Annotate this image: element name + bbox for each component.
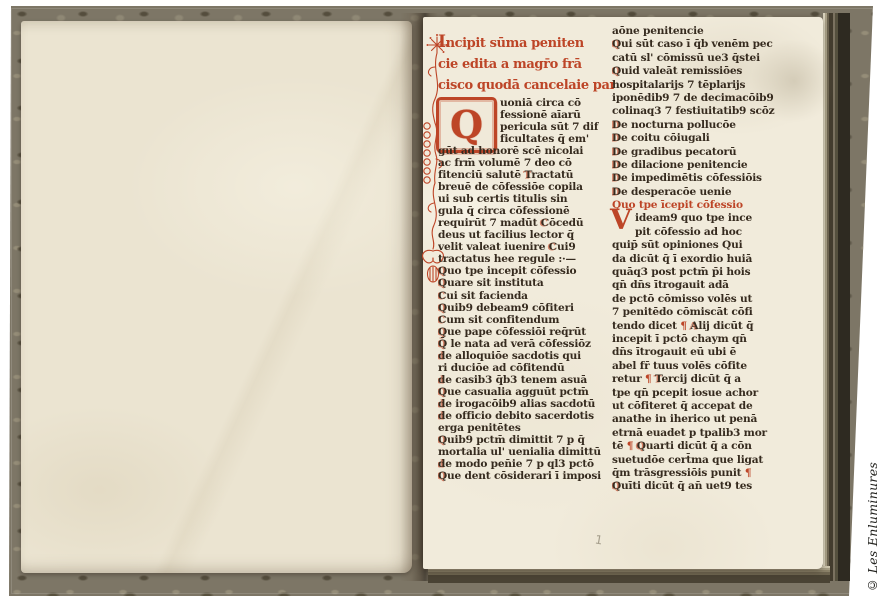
text-segment: velit valeat iuenire	[438, 241, 549, 253]
text-segment: C	[438, 314, 446, 326]
text-segment: le nata ad verā cōfessiōz	[447, 338, 591, 350]
text-segment: uib9 debeam9 cōfiteri	[447, 302, 574, 314]
text-segment: e modo pen̄ie 7 p ql3 pctō	[445, 458, 594, 470]
text-line: Q̄ le nata ad verā cōfessiōz	[438, 338, 614, 350]
text-segment: D	[612, 186, 621, 198]
text-segment: deus ut facilius lector q̄	[438, 229, 574, 241]
text-line: hospitalarijs 7 tēplarijs	[612, 79, 800, 92]
manuscript-page: Q V Incipit sūma penitencie edita a magr…	[423, 17, 823, 569]
text-line: ut cōfiteret q̄ accepat de	[612, 400, 800, 413]
text-line: Que casualia agguūt pctm̄	[438, 386, 614, 398]
text-segment: dn̄s ītrogauit eū ubi ē	[612, 346, 736, 358]
text-segment: um sit confitendum	[446, 314, 559, 326]
text-segment: tendo dicet	[612, 320, 680, 332]
text-segment: Q	[438, 265, 447, 277]
text-line: tē ¶ Quarti dicūt q̄ a cōn	[612, 440, 800, 453]
text-segment: pericula sūt 7 dif	[500, 121, 598, 133]
text-line: ri duciōe ad cōfitendū	[438, 362, 614, 374]
text-segment: fitenciū salutē	[438, 169, 524, 181]
text-segment: gūt ad honorē scē nicolai	[438, 145, 583, 157]
text-line: cisco quodā cancelaie parisiē	[438, 75, 614, 97]
text-line: de officio debito sacerdotis	[438, 410, 614, 422]
text-segment: anathe in iherico ut penā	[612, 413, 757, 425]
text-line: Qui sūt caso ī q̄b venēm pec	[612, 38, 800, 51]
text-segment: D	[612, 146, 621, 158]
text-line: Cui sit facienda	[438, 290, 614, 302]
text-segment: uarti dicūt q̄ a cōn	[646, 440, 752, 452]
text-segment: incepit ī pctō chaym qn̄	[612, 333, 747, 345]
text-line: Cum sit confitendum	[438, 314, 614, 326]
copyright-caption: © Les Enluminures	[865, 423, 880, 593]
text-segment: uid valeāt remissiōes	[621, 65, 742, 77]
text-segment: hospitalarijs 7 tēplarijs	[612, 79, 745, 91]
text-segment: ideam9 quo tpe ince	[635, 212, 752, 224]
text-line: de irogacōib9 alias sacdotū	[438, 398, 614, 410]
text-segment: Q	[612, 38, 621, 50]
text-segment: ¶	[645, 373, 655, 385]
text-segment: e alloquiōe sacdotis qui	[445, 350, 581, 362]
text-line: requirūt 7 madūt Cōcedū	[438, 217, 614, 229]
text-line: Quare sit instituta	[438, 277, 614, 289]
text-segment: Q	[637, 440, 646, 452]
text-segment: ri duciōe ad cōfitendū	[438, 362, 564, 374]
text-line: de modo pen̄ie 7 p ql3 pctō	[438, 458, 614, 470]
text-line: Quib9 debeam9 cōfiteri	[438, 302, 614, 314]
text-line: breuē de cōfessiōe copila	[438, 181, 614, 193]
text-segment: colinaq3 7 festiuitatib9 scōz	[612, 105, 774, 117]
text-segment: etrnā euadet p tpalib3 mor	[612, 427, 767, 439]
text-segment: Q	[438, 326, 447, 338]
text-line: anathe in iherico ut penā	[612, 413, 800, 426]
text-segment: abel fr̄ tuus volēs cōfite	[612, 360, 747, 372]
text-line: retur ¶ Tercij dicūt q̄ a	[612, 373, 800, 386]
text-column-right: aōne penitencieQui sūt caso ī q̄b venēm …	[612, 25, 800, 507]
text-line: etrnā euadet p tpalib3 mor	[612, 427, 800, 440]
text-line: fitenciū salutē Tractatū	[438, 169, 614, 181]
text-line: ui sub certis titulis sin	[438, 193, 614, 205]
text-segment: Quo tpe īcepit cōfessio	[612, 199, 743, 211]
text-segment: ¶	[627, 440, 637, 452]
text-line: uoniā circa cō	[438, 97, 614, 109]
text-segment: C	[549, 241, 557, 253]
text-segment: da dicūt q̄ ī exordio huiā	[612, 253, 752, 265]
text-segment: q̄m trāsgressiōis punit	[612, 467, 745, 479]
text-line: tractatus hee regule :·—	[438, 253, 614, 265]
text-segment: Q	[438, 470, 447, 482]
text-segment: aōne penitencie	[612, 25, 704, 37]
text-segment: D	[612, 132, 621, 144]
text-segment: requirūt 7 madūt	[438, 217, 541, 229]
text-segment: tē	[612, 440, 627, 452]
text-segment: tpe qn̄ pcepit iosue achor	[612, 387, 758, 399]
text-line: deus ut facilius lector q̄	[438, 229, 614, 241]
text-segment: e irogacōib9 alias sacdotū	[445, 398, 595, 410]
text-line: fessionē aīarū	[438, 109, 614, 121]
text-segment: tractatus hee regule :·—	[438, 253, 576, 265]
text-segment: Q	[612, 65, 621, 77]
text-segment: ui sūt caso ī q̄b venēm pec	[621, 38, 773, 50]
text-line: pericula sūt 7 dif	[438, 121, 614, 133]
text-segment: C	[541, 217, 549, 229]
text-line: de casib3 q̄b3 tenem asuā	[438, 374, 614, 386]
text-line: 7 penitēdo cōmiscāt cōfi	[612, 306, 800, 319]
text-segment: pit cōfessio ad hoc	[635, 226, 742, 238]
text-segment: qn̄ dn̄s ītrogauit adā	[612, 279, 729, 291]
text-line: Que dent cōsiderari ī imposi	[438, 470, 614, 482]
text-segment: D	[612, 172, 621, 184]
text-line: pit cōfessio ad hoc	[612, 226, 800, 239]
text-line: ac frm̄ volumē 7 deo cō	[438, 157, 614, 169]
text-segment: ¶	[680, 320, 690, 332]
text-segment: Q	[438, 277, 447, 289]
blank-flyleaf-page	[21, 21, 412, 573]
text-line: qn̄ dn̄s ītrogauit adā	[612, 279, 800, 292]
text-line: quip̄ sūt opiniones Qui	[612, 239, 800, 252]
text-segment: Q	[438, 434, 447, 446]
text-line: incepit ī pctō chaym qn̄	[612, 333, 800, 346]
text-line: quāq3 post pctm̄ p̄i hois	[612, 266, 800, 279]
text-segment: breuē de cōfessiōe copila	[438, 181, 583, 193]
text-segment: ncipit sūma peniten	[446, 36, 584, 51]
text-segment: uīti dicūt q̄ an̄ uet9 tes	[621, 480, 752, 492]
text-segment: retur	[612, 373, 645, 385]
text-segment: Q	[612, 480, 621, 492]
text-segment: erga penitētes	[438, 422, 521, 434]
text-segment: catū sl' cōmissū ue3 q̄stei	[612, 52, 760, 64]
text-segment: e gradibus pecatorū	[621, 146, 736, 158]
text-line: De impedimētis cōfessiōis	[612, 172, 800, 185]
text-segment: uoniā circa cō	[500, 97, 581, 109]
text-segment: 7 penitēdo cōmiscāt cōfi	[612, 306, 753, 318]
text-segment: cisco quodā cancelaie parisiē	[438, 78, 614, 93]
text-line: erga penitētes	[438, 422, 614, 434]
text-segment: C	[438, 290, 446, 302]
text-segment: ue pape cōfessiōi req̄rūt	[447, 326, 586, 338]
text-line: q̄m trāsgressiōis punit ¶	[612, 467, 800, 480]
text-segment: ficultates q̄ em'	[500, 133, 589, 145]
text-line: dn̄s ītrogauit eū ubi ē	[612, 346, 800, 359]
text-segment: mortalia ul' uenialia dimittū	[438, 446, 601, 458]
text-line: abel fr̄ tuus volēs cōfite	[612, 360, 800, 373]
text-line: cie edita a magr̄o frā	[438, 54, 614, 76]
text-segment: ue casualia agguūt pctm̄	[447, 386, 589, 398]
text-line: Quo tpe incepit cōfessio	[438, 265, 614, 277]
text-line: De dilacione penitencie	[612, 159, 800, 172]
text-segment: I	[438, 32, 446, 52]
text-segment: lij dicūt q̄	[698, 320, 753, 332]
manuscript-photo: Q V Incipit sūma penitencie edita a magr…	[0, 0, 882, 600]
text-line: da dicūt q̄ ī exordio huiā	[612, 253, 800, 266]
text-segment: ercij dicūt q̄ a	[662, 373, 741, 385]
text-segment: Q	[438, 386, 447, 398]
text-segment: uo tpe incepit cōfessio	[447, 265, 576, 277]
text-line: ideam9 quo tpe ince	[612, 212, 800, 225]
text-line: Quib9 pctm̄ dimittit 7 p q̄	[438, 434, 614, 446]
text-segment: iponēdib9 7 de decimacōib9	[612, 92, 774, 104]
text-segment: gula q̄ circa cōfessionē	[438, 205, 570, 217]
text-column-left: Incipit sūma penitencie edita a magr̄o f…	[438, 32, 614, 500]
text-line: de pctō cōmisso volēs ut	[612, 293, 800, 306]
text-segment: e nocturna pollucōe	[621, 119, 736, 131]
text-segment: D	[612, 119, 621, 131]
text-segment: quip̄ sūt opiniones Qui	[612, 239, 742, 251]
text-segment: ui9	[557, 241, 576, 253]
text-segment: e dilacione penitencie	[621, 159, 747, 171]
folio-number: 1	[594, 532, 604, 547]
text-line: Incipit sūma peniten	[438, 32, 614, 54]
text-line: De nocturna pollucōe	[612, 119, 800, 132]
text-segment: ōcedū	[549, 217, 583, 229]
text-line: velit valeat iuenire Cui9	[438, 241, 614, 253]
text-segment: ui sub certis titulis sin	[438, 193, 567, 205]
text-line: tpe qn̄ pcepit iosue achor	[612, 387, 800, 400]
text-line: Quid valeāt remissiōes	[612, 65, 800, 78]
text-segment: e desperacōe uenie	[621, 186, 731, 198]
text-line: iponēdib9 7 de decimacōib9	[612, 92, 800, 105]
text-line: gūt ad honorē scē nicolai	[438, 145, 614, 157]
text-line: aōne penitencie	[612, 25, 800, 38]
text-line: gula q̄ circa cōfessionē	[438, 205, 614, 217]
text-segment: ac frm̄ volumē 7 deo cō	[438, 157, 572, 169]
text-line: Quīti dicūt q̄ an̄ uet9 tes	[612, 480, 800, 493]
text-segment: fessionē aīarū	[500, 109, 581, 121]
text-line: de alloquiōe sacdotis qui	[438, 350, 614, 362]
text-segment: uib9 pctm̄ dimittit 7 p q̄	[447, 434, 585, 446]
text-line: colinaq3 7 festiuitatib9 scōz	[612, 105, 800, 118]
text-segment: Q	[438, 302, 447, 314]
text-segment: ue dent cōsiderari ī imposi	[447, 470, 601, 482]
text-segment: ui sit facienda	[446, 290, 528, 302]
text-segment: D	[612, 159, 621, 171]
text-segment: e coitu cōiugali	[621, 132, 710, 144]
text-line: De coitu cōiugali	[612, 132, 800, 145]
text-segment: de pctō cōmisso volēs ut	[612, 293, 752, 305]
text-line: mortalia ul' uenialia dimittū	[438, 446, 614, 458]
text-line: De desperacōe uenie	[612, 186, 800, 199]
text-segment: ¶	[745, 467, 752, 479]
text-line: tendo dicet ¶ Alij dicūt q̄	[612, 320, 800, 333]
text-segment: quāq3 post pctm̄ p̄i hois	[612, 266, 750, 278]
text-segment: ut cōfiteret q̄ accepat de	[612, 400, 753, 412]
text-segment: suetudōe cert̄ma que ligat	[612, 454, 763, 466]
text-line: De gradibus pecatorū	[612, 146, 800, 159]
text-segment: cie edita a magr̄o frā	[438, 57, 582, 72]
text-line: catū sl' cōmissū ue3 q̄stei	[612, 52, 800, 65]
text-line: ficultates q̄ em'	[438, 133, 614, 145]
text-segment: e impedimētis cōfessiōis	[621, 172, 762, 184]
text-line: Quo tpe īcepit cōfessio	[612, 199, 800, 212]
text-segment: Q̄	[438, 338, 447, 350]
text-segment: e casib3 q̄b3 tenem asuā	[445, 374, 587, 386]
text-line: suetudōe cert̄ma que ligat	[612, 454, 800, 467]
text-segment: uare sit instituta	[447, 277, 544, 289]
text-segment: e officio debito sacerdotis	[445, 410, 594, 422]
text-line: Que pape cōfessiōi req̄rūt	[438, 326, 614, 338]
text-segment: ractatū	[531, 169, 573, 181]
